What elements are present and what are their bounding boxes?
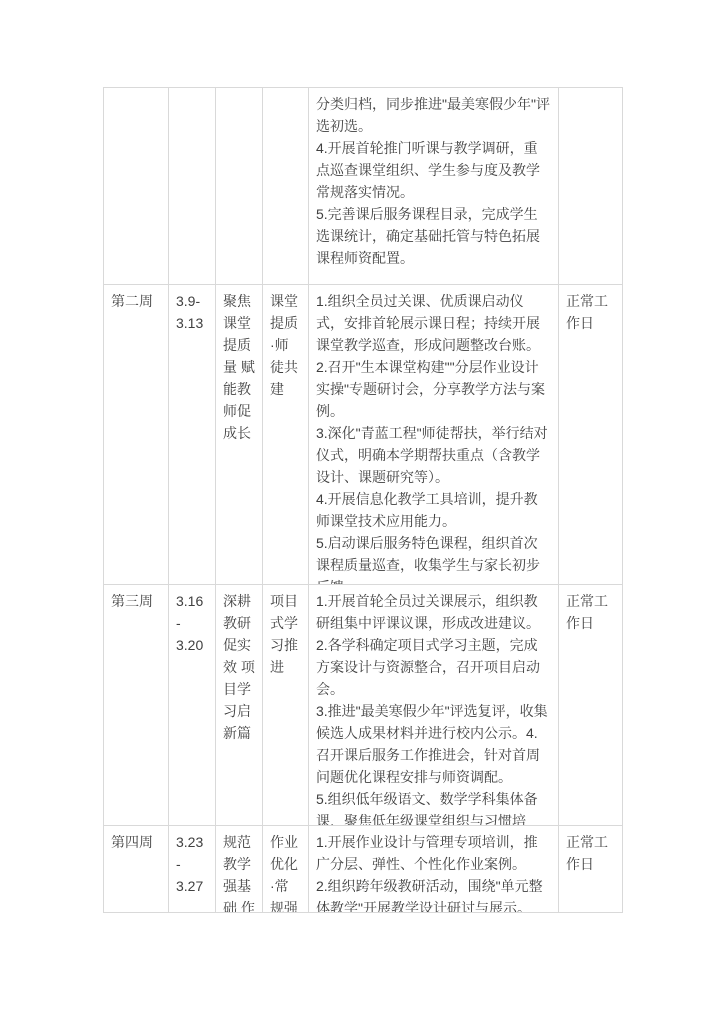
date-cell: 3.16 - 3.20 — [169, 585, 216, 826]
week-cell: 第三周 — [104, 585, 169, 826]
subtheme-cell — [263, 88, 309, 285]
subtheme-cell: 作业优化·常规强 — [263, 826, 309, 913]
status-cell: 正常工作日 — [559, 585, 623, 826]
subtheme-cell: 项目式学习推进 — [263, 585, 309, 826]
theme-cell: 聚焦课堂提质量 赋能教师促成长 — [216, 285, 263, 585]
date-cell: 3.23 - 3.27 — [169, 826, 216, 913]
tasks-cell: 1.开展作业设计与管理专项培训，推广分层、弹性、个性化作业案例。 2.组织跨年级… — [309, 826, 559, 913]
week-cell: 第四周 — [104, 826, 169, 913]
theme-cell: 规范教学强基础 作 — [216, 826, 263, 913]
week-cell: 第二周 — [104, 285, 169, 585]
tasks-cell: 1.开展首轮全员过关课展示，组织教研组集中评课议课，形成改进建议。2.各学科确定… — [309, 585, 559, 826]
status-cell: 正常工作日 — [559, 285, 623, 585]
status-cell — [559, 88, 623, 285]
document-page: 分类归档，同步推进"最美寒假少年"评选初选。 4.开展首轮推门听课与教学调研，重… — [0, 0, 724, 1024]
tasks-cell: 1.组织全员过关课、优质课启动仪式，安排首轮展示课日程；持续开展课堂教学巡查，形… — [309, 285, 559, 585]
schedule-table: 分类归档，同步推进"最美寒假少年"评选初选。 4.开展首轮推门听课与教学调研，重… — [103, 87, 623, 913]
tasks-cell: 分类归档，同步推进"最美寒假少年"评选初选。 4.开展首轮推门听课与教学调研，重… — [309, 88, 559, 285]
week-cell — [104, 88, 169, 285]
date-cell — [169, 88, 216, 285]
subtheme-cell: 课堂提质·师徒共建 — [263, 285, 309, 585]
status-cell: 正常工作日 — [559, 826, 623, 913]
theme-cell: 深耕教研促实效 项目学习启新篇 — [216, 585, 263, 826]
theme-cell — [216, 88, 263, 285]
date-cell: 3.9- 3.13 — [169, 285, 216, 585]
